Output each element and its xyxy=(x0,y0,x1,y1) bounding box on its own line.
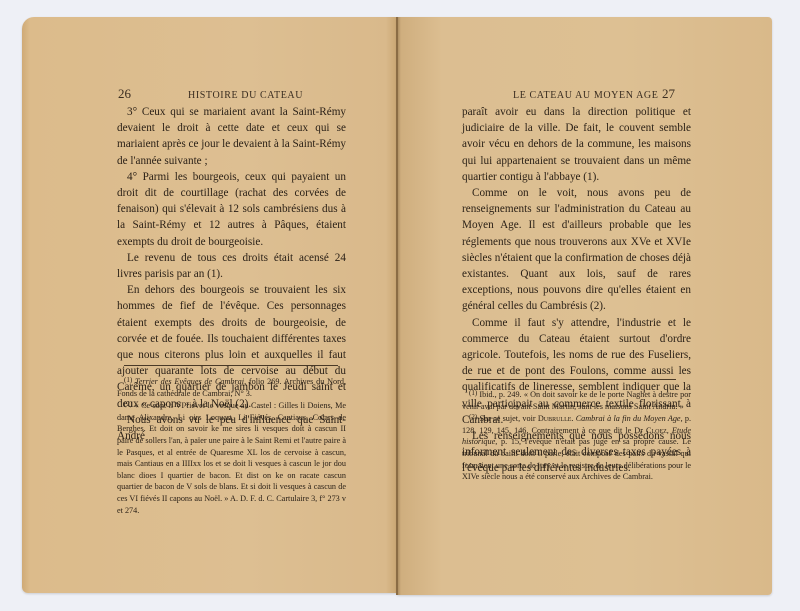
author-name: Cloez xyxy=(646,426,667,435)
left-footnotes: (1) Terrier des Evêques de Cambrai, foli… xyxy=(117,375,346,516)
left-running-head: HISTOIRE DU CATEAU xyxy=(188,90,303,101)
paragraph: Le revenu de tous ces droits était acens… xyxy=(117,250,346,282)
paragraph: 4° Parmi les bourgeois, ceux qui payaien… xyxy=(117,169,346,250)
footnote-2: (2) « Ce sont li VI fiévet le vesque au … xyxy=(117,399,346,516)
footnote-2: (2) Sur ce sujet, voir Dubrulle. Cambrai… xyxy=(462,412,691,483)
author-name: Dubrulle xyxy=(538,414,572,423)
footnote-title: Terrier des Evêques de Cambrai xyxy=(135,377,244,386)
left-page-number: 26 xyxy=(118,86,131,102)
footnote-1: (1) Terrier des Evêques de Cambrai, foli… xyxy=(117,375,346,399)
right-page-number: 27 xyxy=(662,86,675,102)
book-spine xyxy=(396,17,398,595)
work-title: Cambrai à la fin du Moyen Age xyxy=(576,414,681,423)
paragraph: paraît avoir eu dans la direction politi… xyxy=(462,104,691,185)
right-running-head: LE CATEAU AU MOYEN AGE xyxy=(513,90,658,101)
paragraph: Comme on le voit, nous avons peu de rens… xyxy=(462,185,691,315)
footnote-rule xyxy=(124,365,338,366)
footnote-rule xyxy=(466,379,676,380)
right-footnotes: (1) Ibid., p. 249. « On doit savoir ke d… xyxy=(462,388,691,483)
footnote-1: (1) Ibid., p. 249. « On doit savoir ke d… xyxy=(462,388,691,412)
paragraph: 3° Ceux qui se mariaient avant la Saint-… xyxy=(117,104,346,169)
